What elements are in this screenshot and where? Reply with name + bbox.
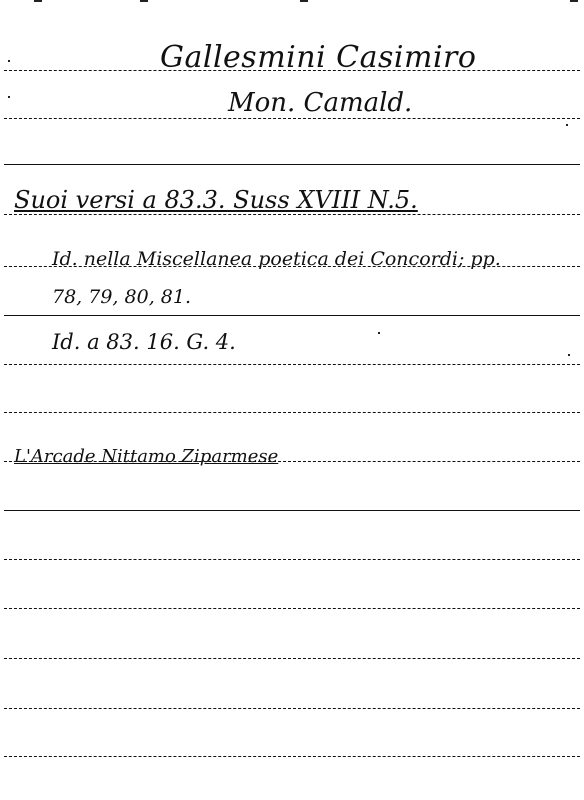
ruled-line (4, 118, 580, 119)
entry-line: Id. a 83. 16. G. 4. (52, 330, 236, 354)
speck (8, 60, 10, 62)
entry-line: Id. nella Miscellanea poetica dei Concor… (52, 248, 501, 270)
speck (566, 124, 568, 126)
ruled-line (4, 708, 580, 709)
index-card: Gallesmini Casimiro Mon. Camald. Suoi ve… (0, 0, 584, 800)
punch-mark (140, 0, 148, 2)
card-subtitle: Mon. Camald. (228, 88, 412, 118)
speck (8, 96, 10, 98)
entry-line: Suoi versi a 83.3. Suss XVIII N.5. (14, 186, 418, 214)
punch-mark (300, 0, 308, 2)
entry-line: 78, 79, 80, 81. (52, 286, 191, 308)
punch-mark (570, 0, 578, 2)
speck (378, 332, 380, 334)
ruled-line (4, 364, 580, 365)
ruled-line (4, 608, 580, 609)
ruled-line (4, 214, 580, 215)
ruled-line (4, 164, 580, 165)
card-name: Gallesmini Casimiro (160, 40, 476, 75)
ruled-line (4, 510, 580, 511)
ruled-line (4, 658, 580, 659)
entry-line: L'Arcade Nittamo Ziparmese (14, 446, 278, 467)
punch-mark (34, 0, 42, 2)
ruled-line (4, 756, 580, 757)
speck (568, 354, 570, 356)
ruled-line (4, 412, 580, 413)
ruled-line (4, 315, 580, 316)
ruled-line (4, 559, 580, 560)
